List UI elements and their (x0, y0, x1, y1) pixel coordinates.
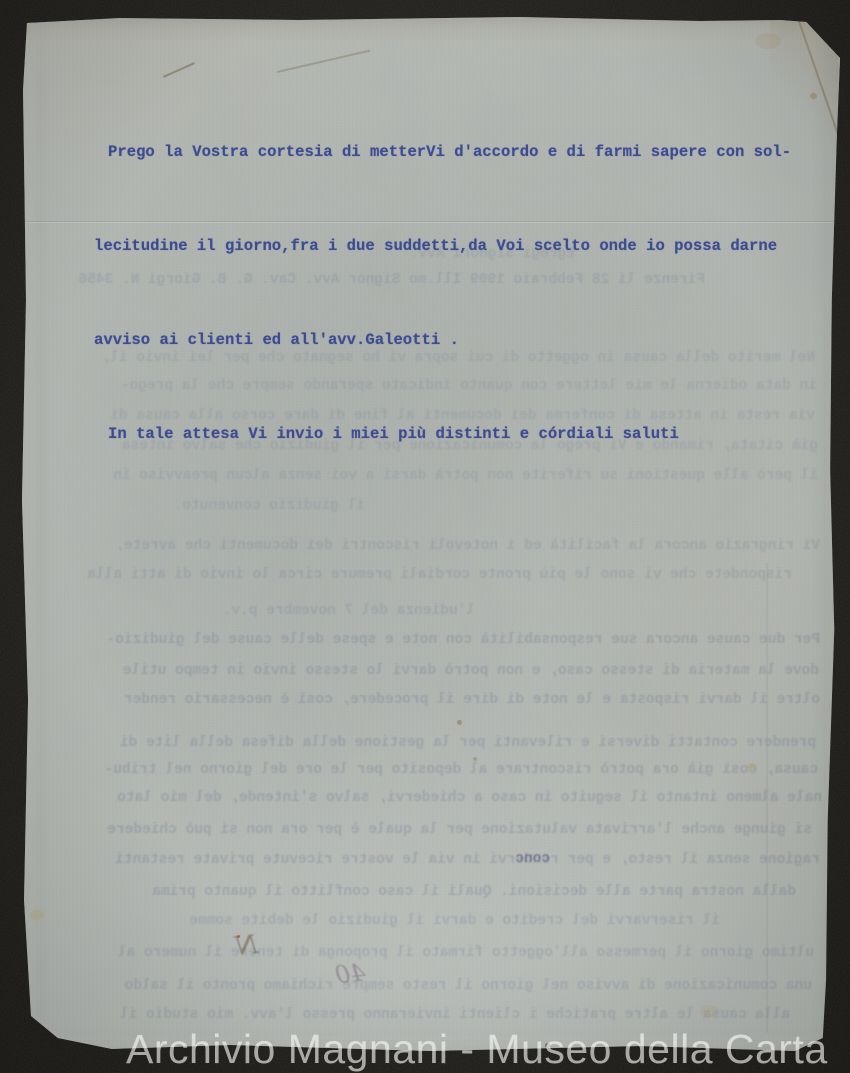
bleedthrough-line: oltre il darvi risposta e le note di dir… (62, 692, 820, 709)
bleedthrough-line: rispondete che vi sono le più pronte cor… (62, 567, 792, 584)
archive-watermark: Archivio Magnani - Museo della Carta (126, 1026, 828, 1073)
bleedthrough-line: dove la materia di stesso caso, e non po… (67, 663, 819, 680)
letter-page: Egregi Signori Avv. Firenze li 28 Febbra… (20, 13, 840, 1057)
typed-line: lecitudine il giorno,fra i due suddetti,… (94, 231, 824, 262)
bleedthrough-line: il riservarvi del credito e darvi il giu… (80, 913, 720, 930)
bleedthrough-line: ragione senza il resto, e per rendervi i… (64, 852, 820, 869)
stain-spot (473, 757, 477, 761)
stain-spot (30, 910, 44, 920)
folded-corner (770, 13, 840, 173)
scanned-letter-photo: Egregi Signori Avv. Firenze li 28 Febbra… (0, 0, 850, 1073)
bleedthrough-dark-mark: conc (505, 851, 550, 867)
stain-spot (237, 935, 240, 938)
typed-line: In tale attesa Vi invio i miei più disti… (94, 419, 824, 450)
bleedthrough-line: Vi ringrazio ancora la facilità ed i not… (68, 538, 820, 555)
pencil-mark-bleed: 40 (334, 958, 367, 989)
stain-spot (747, 763, 756, 771)
bleedthrough-line: prendere contatti diversi e rilevanti pe… (64, 735, 816, 752)
paper-streak (766, 563, 768, 1033)
bleedthrough-line: causa, così già ora potrò riscontrare al… (62, 762, 818, 779)
stain-spot (457, 720, 462, 725)
bleedthrough-line: dalla nostra parte alle decisioni. Quali… (66, 884, 796, 901)
letter-body: Prego la Vostra cortesia di metterVi d'a… (94, 74, 824, 514)
bleedthrough-line: ultimo giorno il permesso all'oggetto fi… (62, 945, 814, 962)
bleedthrough-line: Per due cause ancora sue responsabilità … (62, 632, 820, 649)
bleedthrough-line: l'udienza del 7 novembre p.v. (75, 603, 475, 620)
bleedthrough-line: nale almeno intanto il seguito in caso a… (68, 790, 822, 807)
typed-line: avviso ai clienti ed all'avv.Galeotti . (94, 325, 824, 356)
typed-line: Prego la Vostra cortesia di metterVi d'a… (94, 137, 824, 168)
bleedthrough-line: una comunicazione di avviso nel giorno i… (62, 978, 812, 995)
bleedthrough-line: si giunge anche l'arrivata valutazione p… (62, 822, 812, 839)
bleedthrough-line: alla causa le altre pratiche i clienti i… (66, 1007, 790, 1024)
stain-spot (700, 1005, 718, 1017)
